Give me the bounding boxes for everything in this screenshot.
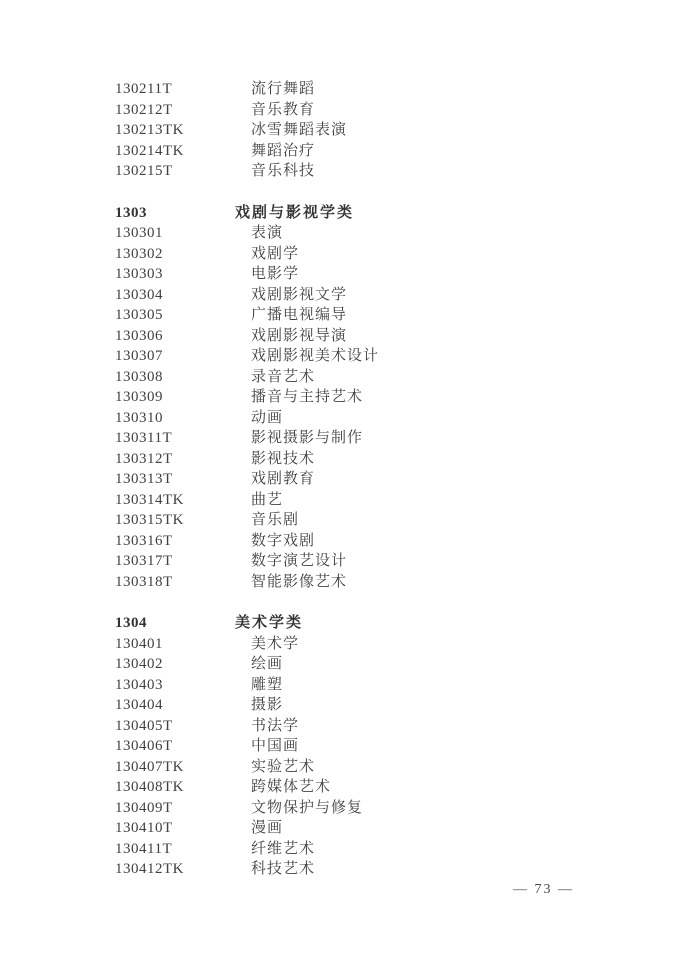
major-name: 文物保护与修复 xyxy=(235,798,363,819)
major-code: 130311T xyxy=(115,428,235,449)
major-code: 130304 xyxy=(115,285,235,306)
major-name: 表演 xyxy=(235,223,283,244)
major-row: 130307戏剧影视美术设计 xyxy=(115,346,637,367)
major-name: 绘画 xyxy=(235,654,283,675)
major-code: 130306 xyxy=(115,326,235,347)
major-row: 130215T音乐科技 xyxy=(115,161,637,182)
major-name: 戏剧影视文学 xyxy=(235,285,347,306)
major-code: 130402 xyxy=(115,654,235,675)
major-name: 影视技术 xyxy=(235,449,315,470)
category-name: 戏剧与影视学类 xyxy=(235,203,354,224)
major-name: 音乐教育 xyxy=(235,100,315,121)
major-row: 130401美术学 xyxy=(115,634,637,655)
major-code: 130410T xyxy=(115,818,235,839)
major-code: 130405T xyxy=(115,716,235,737)
major-name: 戏剧影视导演 xyxy=(235,326,347,347)
major-name: 中国画 xyxy=(235,736,299,757)
category-name: 美术学类 xyxy=(235,613,303,634)
major-row: 130301表演 xyxy=(115,223,637,244)
document-page: 130211T流行舞蹈130212T音乐教育130213TK冰雪舞蹈表演1302… xyxy=(0,0,677,958)
major-row: 130304戏剧影视文学 xyxy=(115,285,637,306)
major-code: 130316T xyxy=(115,531,235,552)
major-code: 130412TK xyxy=(115,859,235,880)
major-code: 130401 xyxy=(115,634,235,655)
major-name: 智能影像艺术 xyxy=(235,572,347,593)
major-row: 130314TK曲艺 xyxy=(115,490,637,511)
major-code: 130212T xyxy=(115,100,235,121)
major-row: 130306戏剧影视导演 xyxy=(115,326,637,347)
major-row: 130214TK舞蹈治疗 xyxy=(115,141,637,162)
major-row: 130310动画 xyxy=(115,408,637,429)
major-code: 130214TK xyxy=(115,141,235,162)
major-code: 130213TK xyxy=(115,120,235,141)
major-row: 130402绘画 xyxy=(115,654,637,675)
major-code: 130315TK xyxy=(115,510,235,531)
major-code: 130317T xyxy=(115,551,235,572)
major-row: 130405T书法学 xyxy=(115,716,637,737)
section-gap xyxy=(115,592,637,613)
major-code: 130411T xyxy=(115,839,235,860)
major-name: 音乐科技 xyxy=(235,161,315,182)
major-row: 130312T影视技术 xyxy=(115,449,637,470)
major-name: 戏剧影视美术设计 xyxy=(235,346,379,367)
major-code: 130309 xyxy=(115,387,235,408)
major-row: 130316T数字戏剧 xyxy=(115,531,637,552)
major-row: 130313T戏剧教育 xyxy=(115,469,637,490)
major-code: 130312T xyxy=(115,449,235,470)
category-code: 1303 xyxy=(115,203,235,224)
major-row: 130305广播电视编导 xyxy=(115,305,637,326)
major-row: 130412TK科技艺术 xyxy=(115,859,637,880)
major-row: 130409T文物保护与修复 xyxy=(115,798,637,819)
major-row: 130308录音艺术 xyxy=(115,367,637,388)
major-name: 戏剧学 xyxy=(235,244,299,265)
major-name: 跨媒体艺术 xyxy=(235,777,331,798)
major-code: 130302 xyxy=(115,244,235,265)
major-name: 纤维艺术 xyxy=(235,839,315,860)
major-name: 广播电视编导 xyxy=(235,305,347,326)
major-code: 130310 xyxy=(115,408,235,429)
major-code: 130215T xyxy=(115,161,235,182)
major-row: 130309播音与主持艺术 xyxy=(115,387,637,408)
major-row: 130302戏剧学 xyxy=(115,244,637,265)
major-name: 摄影 xyxy=(235,695,283,716)
major-code: 130404 xyxy=(115,695,235,716)
major-code: 130303 xyxy=(115,264,235,285)
major-name: 曲艺 xyxy=(235,490,283,511)
major-row: 130410T漫画 xyxy=(115,818,637,839)
major-name: 数字戏剧 xyxy=(235,531,315,552)
major-code: 130211T xyxy=(115,79,235,100)
major-row: 130212T音乐教育 xyxy=(115,100,637,121)
major-name: 音乐剧 xyxy=(235,510,299,531)
major-code: 130314TK xyxy=(115,490,235,511)
major-row: 130303电影学 xyxy=(115,264,637,285)
major-code: 130307 xyxy=(115,346,235,367)
major-name: 漫画 xyxy=(235,818,283,839)
major-code: 130301 xyxy=(115,223,235,244)
major-name: 流行舞蹈 xyxy=(235,79,315,100)
major-row: 130315TK音乐剧 xyxy=(115,510,637,531)
major-name: 数字演艺设计 xyxy=(235,551,347,572)
major-code: 130409T xyxy=(115,798,235,819)
category-header-row: 1303戏剧与影视学类 xyxy=(115,203,637,224)
major-name: 书法学 xyxy=(235,716,299,737)
major-code: 130408TK xyxy=(115,777,235,798)
major-code: 130313T xyxy=(115,469,235,490)
major-name: 戏剧教育 xyxy=(235,469,315,490)
major-row: 130211T流行舞蹈 xyxy=(115,79,637,100)
section-gap xyxy=(115,182,637,203)
major-code: 130318T xyxy=(115,572,235,593)
major-name: 动画 xyxy=(235,408,283,429)
major-row: 130213TK冰雪舞蹈表演 xyxy=(115,120,637,141)
major-name: 美术学 xyxy=(235,634,299,655)
major-name: 实验艺术 xyxy=(235,757,315,778)
major-row: 130408TK跨媒体艺术 xyxy=(115,777,637,798)
major-row: 130403雕塑 xyxy=(115,675,637,696)
major-code: 130407TK xyxy=(115,757,235,778)
major-code-list: 130211T流行舞蹈130212T音乐教育130213TK冰雪舞蹈表演1302… xyxy=(115,79,637,880)
major-code: 130305 xyxy=(115,305,235,326)
major-row: 130407TK实验艺术 xyxy=(115,757,637,778)
major-row: 130318T智能影像艺术 xyxy=(115,572,637,593)
major-row: 130411T纤维艺术 xyxy=(115,839,637,860)
category-code: 1304 xyxy=(115,613,235,634)
major-code: 130406T xyxy=(115,736,235,757)
major-name: 录音艺术 xyxy=(235,367,315,388)
category-header-row: 1304美术学类 xyxy=(115,613,637,634)
major-row: 130404摄影 xyxy=(115,695,637,716)
page-number: — 73 — xyxy=(513,882,574,898)
major-row: 130406T中国画 xyxy=(115,736,637,757)
major-name: 科技艺术 xyxy=(235,859,315,880)
major-row: 130311T影视摄影与制作 xyxy=(115,428,637,449)
major-code: 130308 xyxy=(115,367,235,388)
major-name: 雕塑 xyxy=(235,675,283,696)
major-name: 冰雪舞蹈表演 xyxy=(235,120,347,141)
major-name: 影视摄影与制作 xyxy=(235,428,363,449)
major-name: 电影学 xyxy=(235,264,299,285)
major-name: 舞蹈治疗 xyxy=(235,141,315,162)
major-row: 130317T数字演艺设计 xyxy=(115,551,637,572)
major-code: 130403 xyxy=(115,675,235,696)
major-name: 播音与主持艺术 xyxy=(235,387,363,408)
